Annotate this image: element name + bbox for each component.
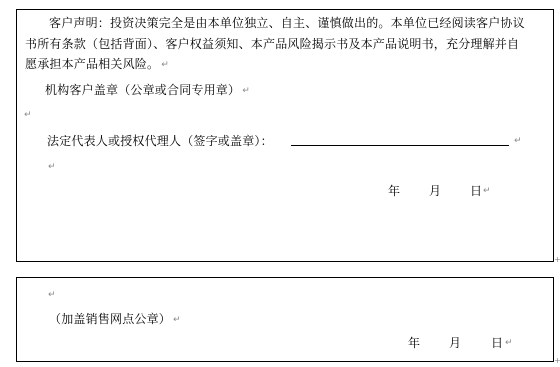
cell-end-mark-icon: + <box>554 256 560 264</box>
legal-rep-row: 法定代表人或授权代理人（签字或盖章）： <box>47 134 273 148</box>
declaration-text: 客户声明：投资决策完全是由本单位独立、自主、谨慎做出的。本单位已经阅读客户协议 <box>49 16 525 30</box>
paragraph-mark-icon: ↵ <box>48 290 56 300</box>
sales-outlet-seal-row: （加盖销售网点公章）↵ <box>49 312 181 327</box>
declaration-text: 愿承担本产品相关风险。 <box>25 57 159 71</box>
declaration-line-2: 书所有条款（包括背面）、客户权益须知、本产品风险揭示书及本产品说明书，充分理解并… <box>25 37 519 51</box>
paragraph-mark-icon: ↵ <box>161 58 169 72</box>
date-day-label: 日 <box>491 336 503 350</box>
date-day-label: 日 <box>470 184 482 198</box>
customer-declaration-box: 客户声明：投资决策完全是由本单位独立、自主、谨慎做出的。本单位已经阅读客户协议 … <box>16 9 554 262</box>
date-month-label: 月 <box>449 336 461 350</box>
paragraph-mark-icon: ↵ <box>48 162 56 172</box>
sales-outlet-seal-box: ↵ （加盖销售网点公章）↵ 年 月 日 ↵ <box>16 277 554 362</box>
institution-seal-row: 机构客户盖章（公章或合同专用章）↵ <box>45 83 250 98</box>
declaration-text: 书所有条款（包括背面）、客户权益须知、本产品风险揭示书及本产品说明书，充分理解并… <box>25 37 519 51</box>
institution-seal-label: 机构客户盖章（公章或合同专用章） <box>45 83 240 97</box>
paragraph-mark-icon: ↵ <box>242 84 250 98</box>
declaration-line-3: 愿承担本产品相关风险。↵ <box>25 57 169 72</box>
paragraph-mark-icon: ↵ <box>505 338 513 348</box>
declaration-line-1: 客户声明：投资决策完全是由本单位独立、自主、谨慎做出的。本单位已经阅读客户协议 <box>49 16 525 30</box>
paragraph-mark-icon: ↵ <box>483 186 491 196</box>
paragraph-mark-icon: ↵ <box>514 136 522 146</box>
paragraph-mark-icon: ↵ <box>24 110 32 120</box>
date-year-label: 年 <box>408 336 420 350</box>
date-year-label: 年 <box>388 184 400 198</box>
legal-rep-label: 法定代表人或授权代理人（签字或盖章）： <box>47 134 273 148</box>
sales-outlet-seal-label: （加盖销售网点公章） <box>49 312 171 326</box>
cell-end-mark-icon: + <box>554 357 560 365</box>
paragraph-mark-icon: ↵ <box>173 313 181 327</box>
date-month-label: 月 <box>429 184 441 198</box>
legal-rep-signature-line[interactable] <box>291 145 509 146</box>
